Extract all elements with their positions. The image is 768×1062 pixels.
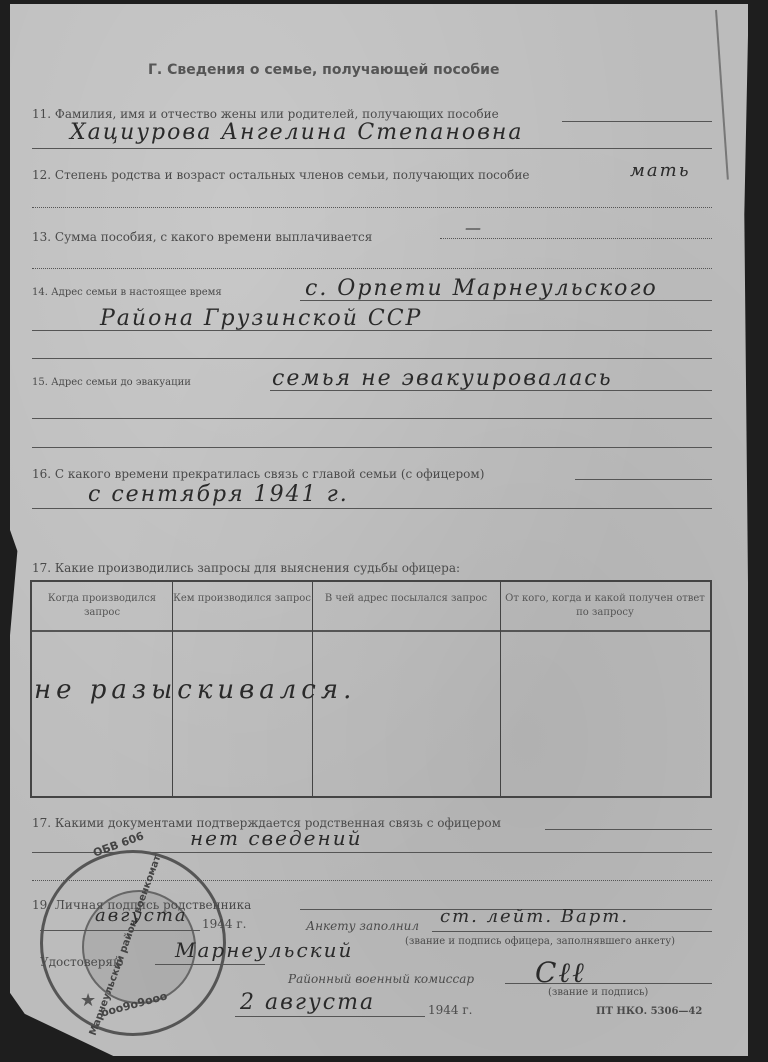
filled-by-value: ст. лейт. Варт. (440, 906, 629, 927)
commissar-caption: (звание и подпись) (548, 987, 648, 998)
field-13-label: 13. Сумма пособия, с какого времени выпл… (32, 230, 372, 244)
field-14-line-c (32, 358, 712, 359)
commissar-label: Районный военный комиссар (288, 972, 474, 986)
field-13-line-a (440, 238, 712, 239)
field-15-line-b (32, 418, 712, 419)
field-16-value: с сентября 1941 г. (88, 482, 349, 507)
field-16-line (32, 508, 712, 509)
filled-by-line (432, 931, 712, 932)
col-divider (500, 582, 501, 796)
section-title: Г. Сведения о семье, получающей пособие (148, 62, 499, 78)
field-11-value: Хациурова Ангелина Степановна (70, 120, 524, 145)
field-15-line-c (32, 447, 712, 448)
inquiries-label: 17. Какие производились запросы для выяс… (32, 561, 460, 575)
field-15-label: 15. Адрес семьи до эвакуации (32, 377, 191, 388)
field-14-label: 14. Адрес семьи в настоящее время (32, 287, 222, 298)
field-11-line-a (562, 121, 712, 122)
signature-date: августа (95, 905, 188, 926)
field-16-line-a (575, 479, 712, 480)
field-14-line-b (32, 330, 712, 331)
certify-line (155, 964, 265, 965)
field-11-line (32, 148, 712, 149)
col-header-when: Когда производился запрос (32, 582, 172, 632)
field-14-line-a (300, 300, 712, 301)
certify-signature: Марнеульский (175, 938, 353, 962)
star-icon: ★ (80, 990, 96, 1011)
filled-by-caption: (звание и подпись офицера, заполнявшего … (405, 936, 675, 947)
field-17-line-a (545, 829, 712, 830)
filled-by-label: Анкету заполнил (306, 919, 419, 933)
field-14-value-1: с. Орпети Марнеульского (305, 276, 658, 301)
field-12-label: 12. Степень родства и возраст остальных … (32, 168, 529, 182)
commissar-signature: Ⅽℓℓ (535, 956, 586, 990)
field-16-label: 16. С какого времени прекратилась связь … (32, 467, 484, 481)
col-header-address: В чей адрес посылался запрос (312, 582, 500, 632)
year-1: 1944 г. (202, 917, 246, 931)
final-date-line (235, 1016, 425, 1017)
field-13-value: — (465, 218, 483, 237)
field-17-value: нет сведений (190, 826, 362, 850)
col-header-who: Кем производился запрос (172, 582, 312, 632)
field-15-line-a (270, 390, 712, 391)
field-13-line (32, 268, 712, 269)
field-14-value-2: Района Грузинской ССР (100, 306, 422, 331)
certify-label: Удостоверяю (40, 955, 123, 969)
col-header-response: От кого, когда и какой получен ответ по … (500, 582, 710, 632)
field-12-value: мать (630, 160, 691, 181)
print-code: ПТ НКО. 5306—42 (596, 1006, 702, 1017)
field-11-label: 11. Фамилия, имя и отчество жены или род… (32, 107, 499, 121)
year-2: 1944 г. (428, 1003, 472, 1017)
date-line-1 (40, 930, 200, 931)
field-12-line (32, 207, 712, 208)
field-15-value: семья не эвакуировалась (272, 366, 613, 391)
inquiries-entry: не разыскивался. (34, 675, 356, 705)
final-date: 2 августа (240, 990, 375, 1015)
